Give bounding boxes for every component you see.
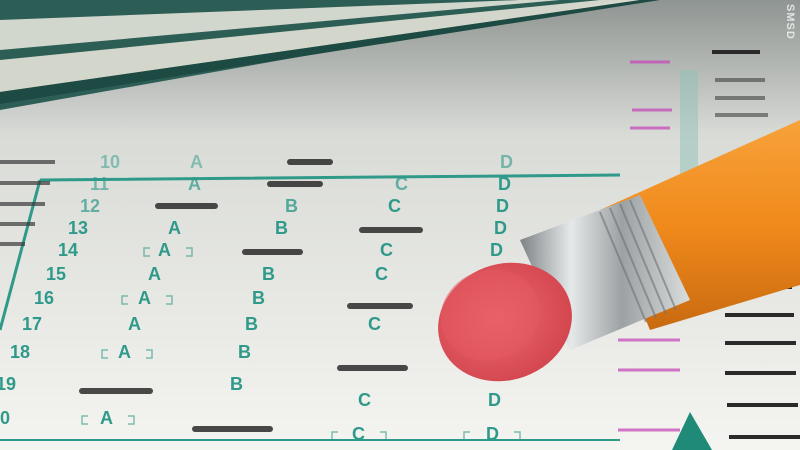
svg-text:C: C bbox=[395, 174, 408, 194]
svg-text:B: B bbox=[238, 342, 251, 362]
svg-text:A: A bbox=[128, 314, 141, 334]
svg-text:A: A bbox=[190, 152, 203, 172]
watermark: SMSD bbox=[784, 4, 796, 40]
svg-text:C: C bbox=[388, 196, 401, 216]
svg-text:A: A bbox=[148, 264, 161, 284]
svg-text:C: C bbox=[368, 314, 381, 334]
svg-text:10: 10 bbox=[100, 152, 120, 172]
svg-text:11: 11 bbox=[90, 174, 109, 194]
svg-text:20: 20 bbox=[0, 408, 10, 428]
svg-text:D: D bbox=[496, 196, 509, 216]
svg-text:D: D bbox=[486, 424, 499, 444]
svg-text:A: A bbox=[168, 218, 181, 238]
svg-text:C: C bbox=[375, 264, 388, 284]
svg-text:A: A bbox=[158, 240, 171, 260]
svg-text:D: D bbox=[494, 218, 507, 238]
svg-text:B: B bbox=[275, 218, 288, 238]
svg-text:B: B bbox=[245, 314, 258, 334]
svg-text:A: A bbox=[118, 342, 131, 362]
svg-text:A: A bbox=[100, 408, 113, 428]
svg-text:17: 17 bbox=[22, 314, 42, 334]
svg-text:18: 18 bbox=[10, 342, 30, 362]
svg-text:19: 19 bbox=[0, 374, 16, 394]
svg-text:B: B bbox=[262, 264, 275, 284]
svg-text:C: C bbox=[352, 424, 365, 444]
svg-text:D: D bbox=[500, 152, 513, 172]
svg-text:C: C bbox=[358, 390, 371, 410]
svg-text:13: 13 bbox=[68, 218, 88, 238]
answer-sheet-illustration: 10 11 12 13 14 15 16 17 18 19 20 A A A A… bbox=[0, 0, 800, 450]
svg-text:C: C bbox=[380, 240, 393, 260]
svg-text:16: 16 bbox=[34, 288, 54, 308]
svg-text:D: D bbox=[488, 390, 501, 410]
svg-text:B: B bbox=[230, 374, 243, 394]
svg-text:B: B bbox=[252, 288, 265, 308]
svg-text:14: 14 bbox=[58, 240, 78, 260]
svg-text:A: A bbox=[188, 174, 201, 194]
svg-text:12: 12 bbox=[80, 196, 100, 216]
svg-text:15: 15 bbox=[46, 264, 66, 284]
svg-text:D: D bbox=[498, 174, 511, 194]
svg-text:D: D bbox=[490, 240, 503, 260]
svg-text:A: A bbox=[138, 288, 151, 308]
photo-scene: 10 11 12 13 14 15 16 17 18 19 20 A A A A… bbox=[0, 0, 800, 450]
svg-text:B: B bbox=[285, 196, 298, 216]
